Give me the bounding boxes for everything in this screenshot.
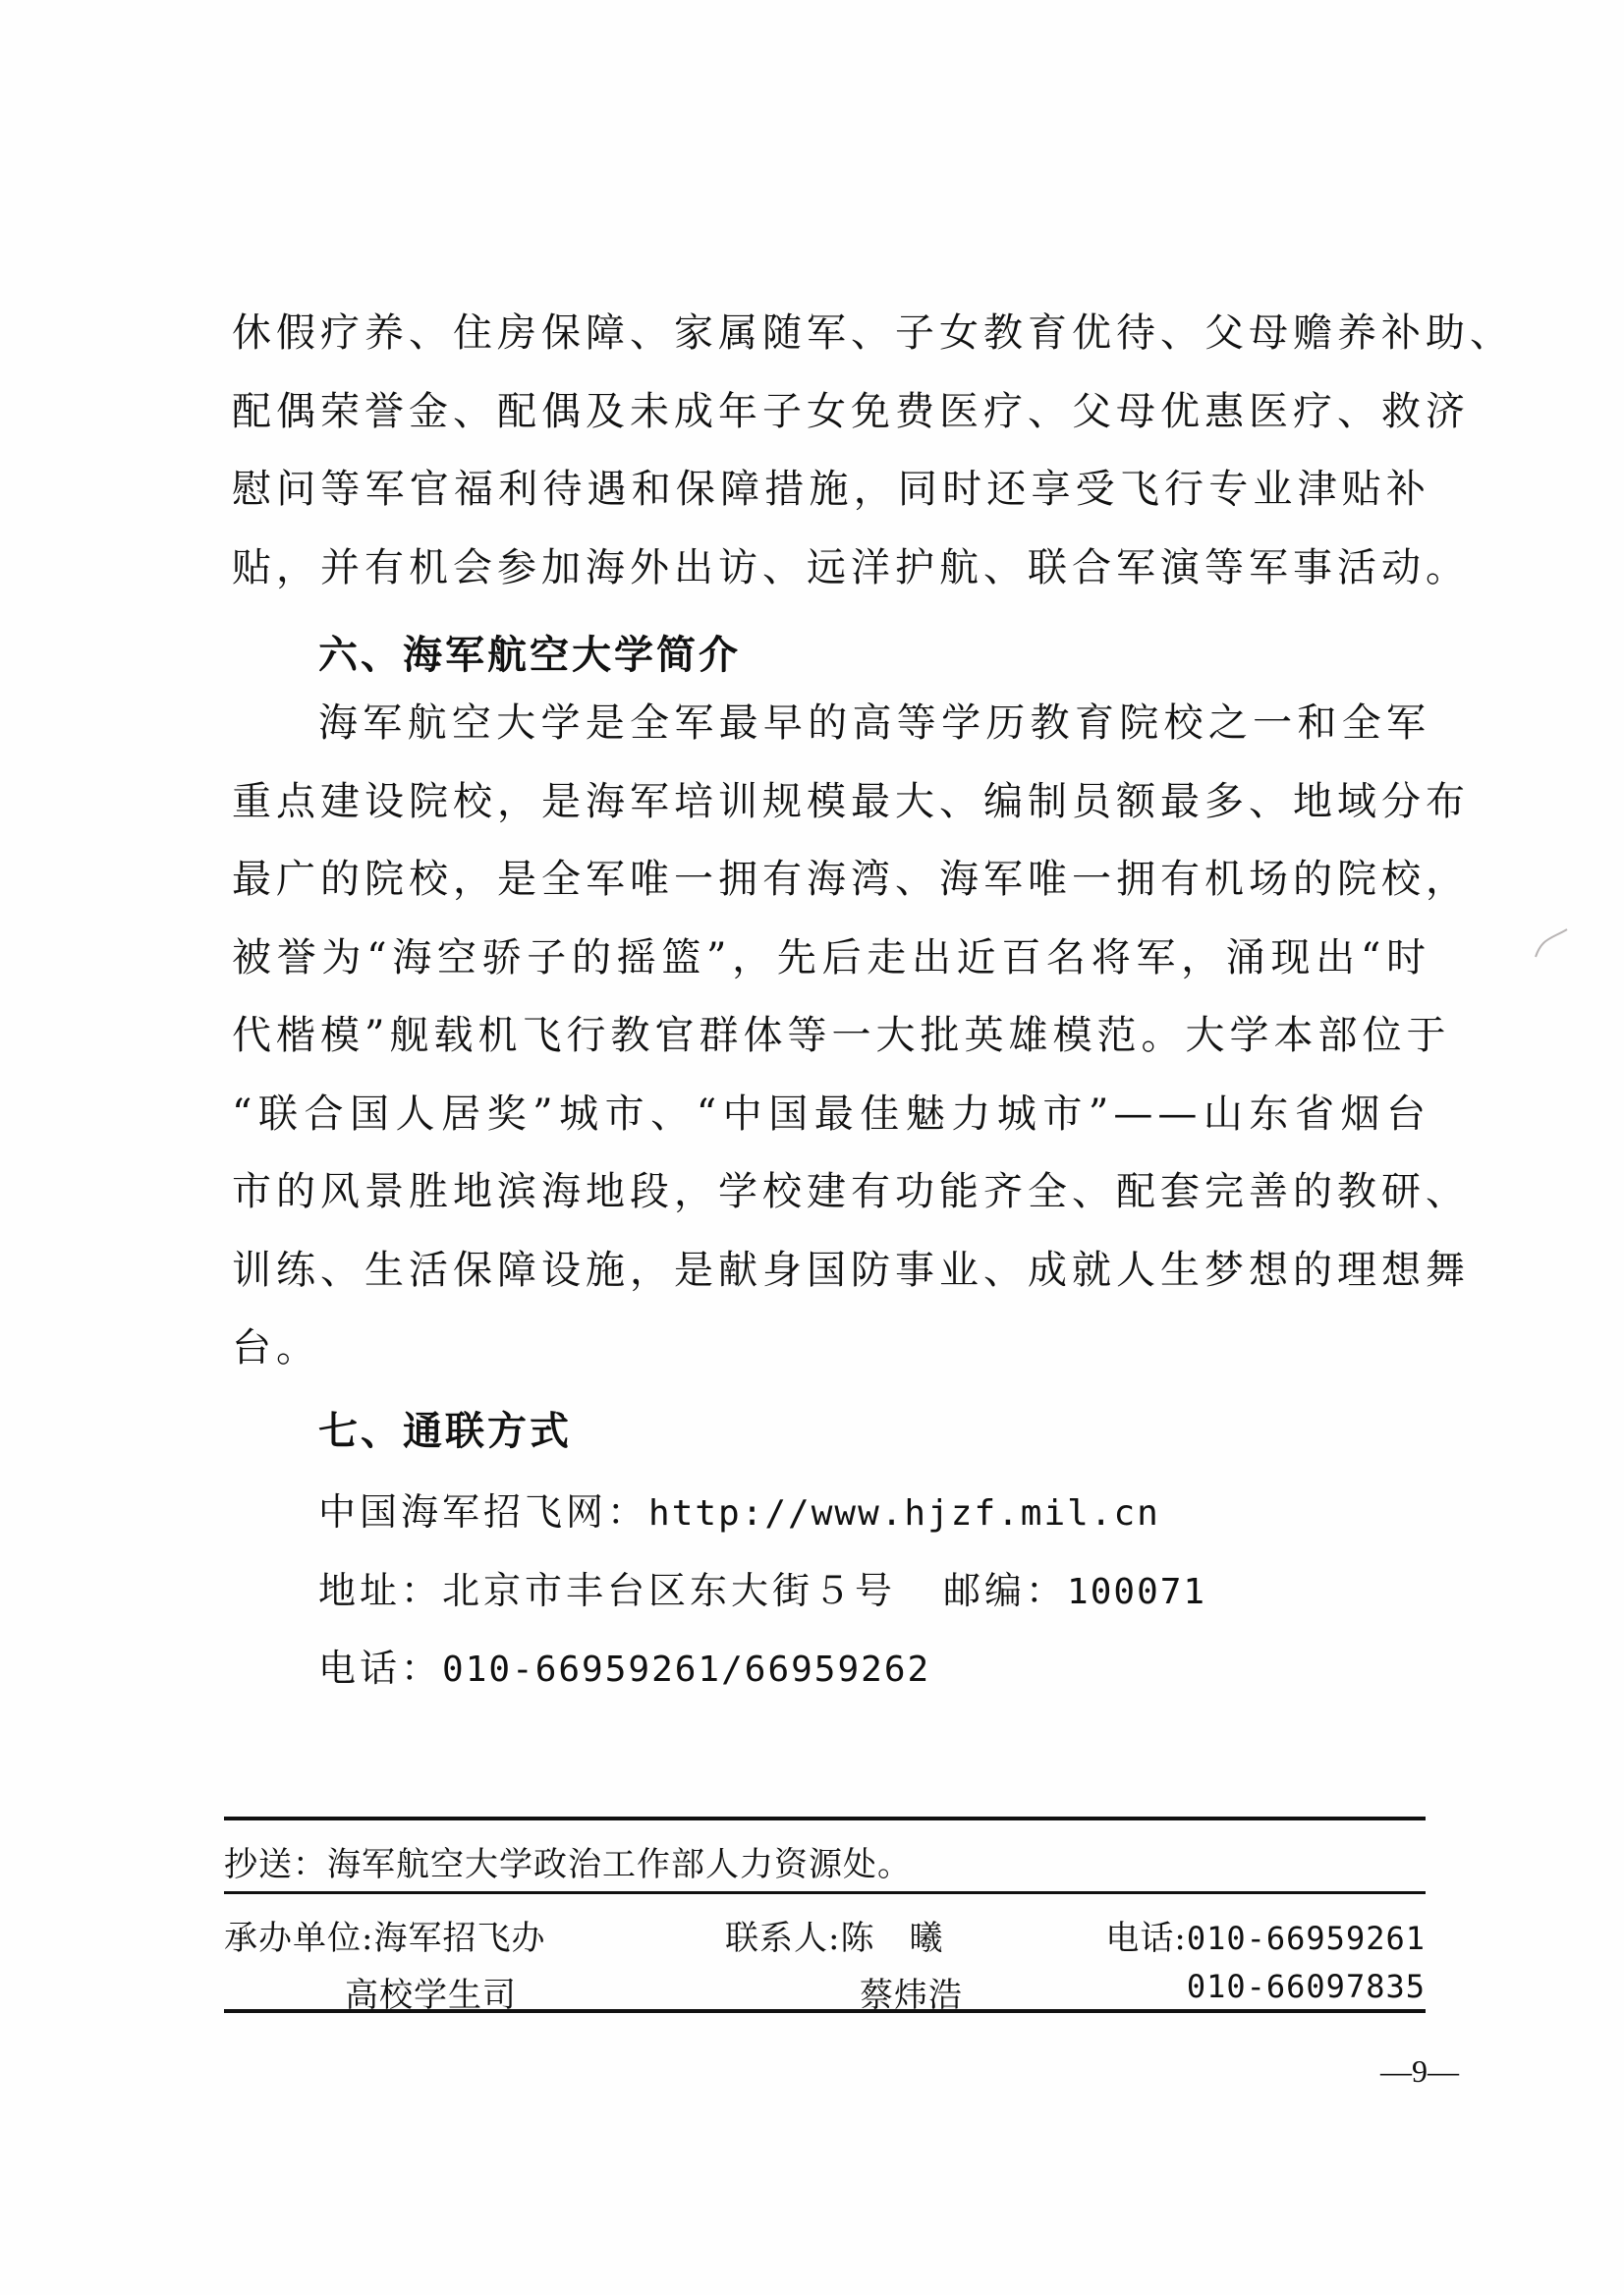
benefits-paragraph: 休假疗养、住房保障、家属随军、子女教育优待、父母赡养补助、 配偶荣誉金、配偶及未… [232, 295, 1430, 607]
paragraph-line: 最广的院校，是全军唯一拥有海湾、海军唯一拥有机场的院校， [232, 841, 1430, 920]
contact-person: 陈 曦 [840, 1919, 943, 1958]
university-intro-paragraph: 海军航空大学是全军最早的高等学历教育院校之一和全军 重点建设院校，是海军培训规模… [232, 685, 1430, 1388]
page-number: —9— [1380, 2053, 1459, 2090]
footer-middle-rule [224, 1891, 1426, 1894]
paragraph-line: 慰问等军官福利待遇和保障措施，同时还享受飞行专业津贴补 [232, 451, 1430, 530]
paragraph-line: 重点建设院校，是海军培训规模最大、编制员额最多、地域分布 [232, 763, 1430, 842]
website-line: 中国海军招飞网：http://www.hjzf.mil.cn [318, 1482, 1160, 1536]
footer-top-rule [224, 1817, 1426, 1820]
cc-label: 抄送： [224, 1845, 327, 1884]
paragraph-line: 代楷模”舰载机飞行教官群体等一大批英雄模范。大学本部位于 [232, 997, 1430, 1076]
contact-person-cell: 联系人:陈 曦 [725, 1911, 943, 1959]
phone-label: 电话： [318, 1647, 442, 1690]
paragraph-line: 休假疗养、住房保障、家属随军、子女教育优待、父母赡养补助、 [232, 295, 1430, 373]
footer-phone: 010-66959261 [1187, 1920, 1426, 1957]
contact-label: 联系人: [725, 1919, 840, 1958]
paragraph-line: 被誉为“海空骄子的摇篮”，先后走出近百名将军，涌现出“时 [232, 920, 1430, 998]
address-label: 地址： [318, 1569, 442, 1612]
footer-phone: 010-66097835 [1187, 1968, 1426, 2005]
cc-row: 抄送：海军航空大学政治工作部人力资源处。 [224, 1837, 1426, 1885]
paragraph-line: 市的风景胜地滨海地段，学校建有功能齐全、配套完善的教研、 [232, 1153, 1430, 1232]
paragraph-line: “联合国人居奖”城市、“中国最佳魅力城市”——山东省烟台 [232, 1076, 1430, 1154]
cc-value: 海军航空大学政治工作部人力资源处。 [327, 1845, 912, 1884]
paragraph-line: 贴，并有机会参加海外出访、远洋护航、联合军演等军事活动。 [232, 530, 1430, 608]
address-value: 北京市丰台区东大街５号 [442, 1569, 896, 1612]
organizer-label: 承办单位: [224, 1919, 373, 1958]
website-link[interactable]: http://www.hjzf.mil.cn [648, 1493, 1160, 1534]
organizer-name: 海军招飞办 [373, 1919, 545, 1958]
paragraph-line: 配偶荣誉金、配偶及未成年子女免费医疗、父母优惠医疗、救济 [232, 373, 1430, 452]
paragraph-line: 训练、生活保障设施，是献身国防事业、成就人生梦想的理想舞 [232, 1232, 1430, 1311]
margin-pen-mark-icon [1528, 924, 1572, 963]
footer-phone-label: 电话: [1105, 1919, 1186, 1958]
postcode-label: 邮编： [943, 1569, 1067, 1612]
footer-bottom-rule [224, 2009, 1426, 2013]
address-line: 地址：北京市丰台区东大街５号邮编：100071 [318, 1560, 1206, 1614]
phone-line: 电话：010-66959261/66959262 [318, 1638, 930, 1692]
phone-value: 010-66959261/66959262 [442, 1650, 930, 1690]
website-label: 中国海军招飞网： [318, 1490, 648, 1534]
organizer-label-and-name: 承办单位:海军招飞办 [224, 1911, 545, 1959]
section-6-heading: 六、海军航空大学简介 [318, 624, 741, 680]
postcode-value: 100071 [1067, 1572, 1206, 1612]
document-page: 休假疗养、住房保障、家属随军、子女教育优待、父母赡养补助、 配偶荣誉金、配偶及未… [0, 0, 1624, 2295]
paragraph-line: 海军航空大学是全军最早的高等学历教育院校之一和全军 [232, 685, 1430, 763]
footer-phone-cell: 电话:010-66959261 [1105, 1911, 1426, 1959]
section-7-heading: 七、通联方式 [318, 1400, 572, 1456]
paragraph-line: 台。 [232, 1310, 1430, 1388]
organizer-row-1: 承办单位:海军招飞办 联系人:陈 曦 电话:010-66959261 [224, 1911, 1426, 1960]
